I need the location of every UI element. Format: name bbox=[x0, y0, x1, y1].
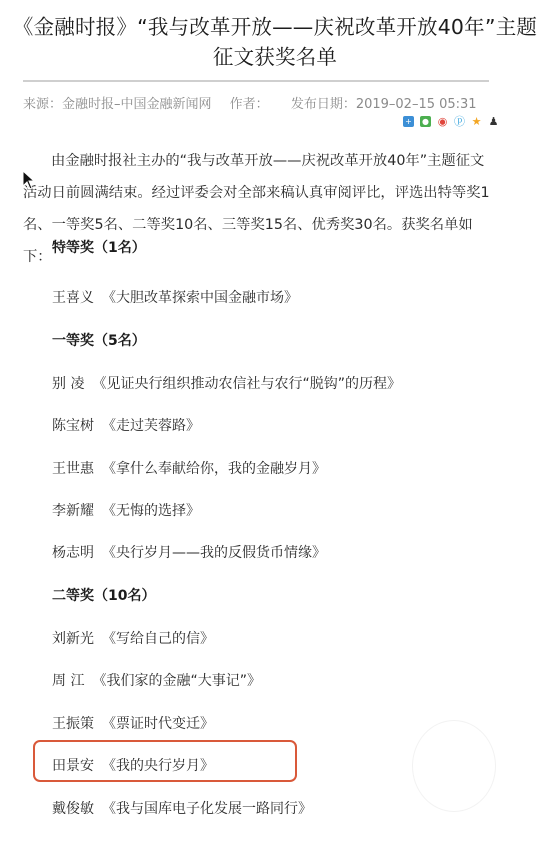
work-title: 《走过芙蓉路》 bbox=[102, 418, 200, 434]
highlight-box bbox=[33, 740, 297, 782]
winner-name: 王世惠 bbox=[52, 459, 94, 479]
winner-name: 王喜义 bbox=[52, 288, 94, 308]
winner-name: 李新耀 bbox=[52, 501, 94, 521]
list-item: 戴俊敏《我与国库电子化发展一路同行》 bbox=[52, 799, 312, 819]
article-title: 《金融时报》“我与改革开放——庆祝改革开放40年”主题 征文获奖名单 bbox=[0, 12, 550, 72]
winner-name: 刘新光 bbox=[52, 629, 94, 649]
share-plus-icon[interactable]: + bbox=[403, 116, 414, 127]
list-item: 王振策《票证时代变迁》 bbox=[52, 714, 214, 734]
work-title: 《票证时代变迁》 bbox=[102, 716, 214, 732]
tencent-weibo-icon[interactable]: ⓟ bbox=[454, 116, 465, 127]
winner-name: 杨志明 bbox=[52, 543, 94, 563]
weibo-icon[interactable]: ◉ bbox=[437, 116, 448, 127]
wechat-icon[interactable]: ● bbox=[420, 116, 431, 127]
mouse-cursor-icon bbox=[22, 170, 36, 190]
work-title: 《写给自己的信》 bbox=[102, 631, 214, 647]
title-line-2: 征文获奖名单 bbox=[0, 42, 550, 72]
work-title: 《我与国库电子化发展一路同行》 bbox=[102, 801, 312, 817]
list-item: 李新耀《无悔的选择》 bbox=[52, 501, 200, 521]
winner-name: 周 江 bbox=[52, 671, 84, 691]
winner-name: 陈宝树 bbox=[52, 416, 94, 436]
author-label: 作者： bbox=[230, 97, 269, 112]
winner-name: 王振策 bbox=[52, 714, 94, 734]
award-heading-second: 二等奖（10名） bbox=[52, 586, 155, 606]
work-title: 《无悔的选择》 bbox=[102, 503, 200, 519]
article-meta: 来源：金融时报–中国金融新闻网 作者： 发布日期：2019–02–15 05:3… bbox=[23, 93, 491, 112]
award-heading-special: 特等奖（1名） bbox=[52, 238, 146, 258]
award-heading-first: 一等奖（5名） bbox=[52, 331, 146, 351]
winner-name: 戴俊敏 bbox=[52, 799, 94, 819]
title-line-1: 《金融时报》“我与改革开放——庆祝改革开放40年”主题 bbox=[0, 12, 550, 42]
work-title: 《央行岁月——我的反假货币情缘》 bbox=[102, 545, 326, 561]
qzone-star-icon[interactable]: ★ bbox=[471, 116, 482, 127]
share-bar: + ● ◉ ⓟ ★ ♟ bbox=[403, 116, 499, 127]
title-divider bbox=[23, 80, 489, 82]
publish-date: 发布日期：2019–02–15 05:31 bbox=[291, 97, 477, 112]
list-item: 杨志明《央行岁月——我的反假货币情缘》 bbox=[52, 543, 326, 563]
watermark-seal bbox=[412, 720, 496, 812]
work-title: 《我们家的金融“大事记”》 bbox=[92, 673, 261, 689]
work-title: 《大胆改革探索中国金融市场》 bbox=[102, 290, 298, 306]
work-title: 《拿什么奉献给你，我的金融岁月》 bbox=[102, 461, 326, 477]
list-item: 王世惠《拿什么奉献给你，我的金融岁月》 bbox=[52, 459, 326, 479]
winner-name: 别 凌 bbox=[52, 374, 84, 394]
qq-icon[interactable]: ♟ bbox=[488, 116, 499, 127]
list-item: 别 凌《见证央行组织推动农信社与农行“脱钩”的历程》 bbox=[52, 374, 401, 394]
list-item: 刘新光《写给自己的信》 bbox=[52, 629, 214, 649]
list-item: 王喜义《大胆改革探索中国金融市场》 bbox=[52, 288, 298, 308]
source-label: 来源：金融时报–中国金融新闻网 bbox=[23, 97, 212, 112]
work-title: 《见证央行组织推动农信社与农行“脱钩”的历程》 bbox=[92, 376, 401, 392]
list-item: 陈宝树《走过芙蓉路》 bbox=[52, 416, 200, 436]
list-item: 周 江《我们家的金融“大事记”》 bbox=[52, 671, 261, 691]
